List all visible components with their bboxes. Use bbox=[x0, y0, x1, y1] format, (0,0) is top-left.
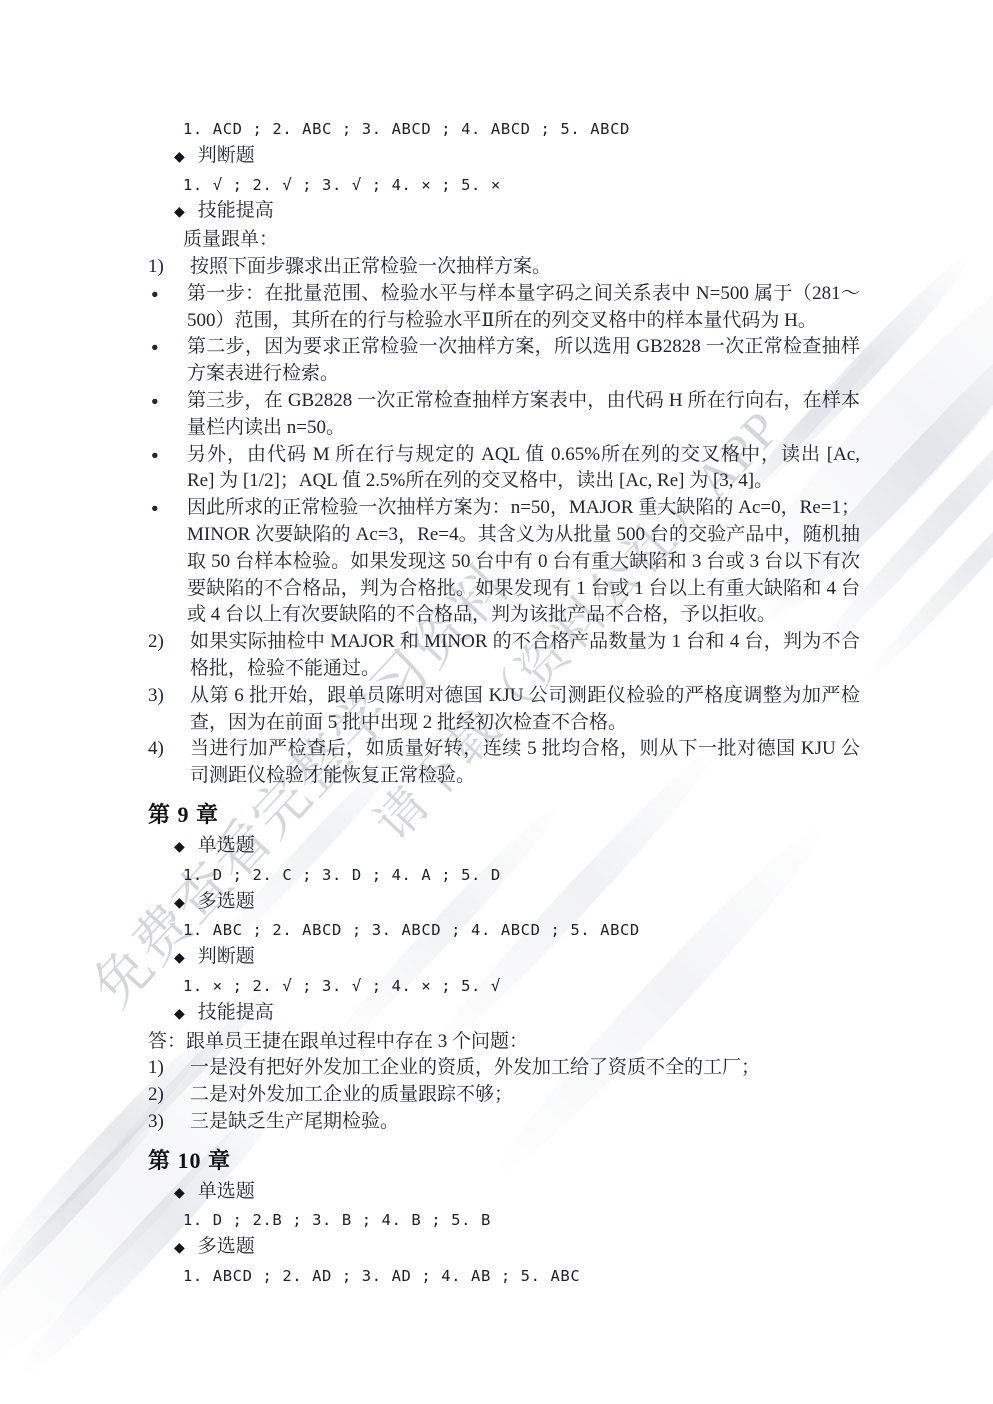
item-number: 3) bbox=[148, 1109, 190, 1136]
answer-line: 1. D ; 2.B ; 3. B ; 4. B ; 5. B bbox=[183, 1207, 860, 1234]
question-type-row: ◆多选题 bbox=[174, 1234, 860, 1263]
answer-line: 1. ACD ; 2. ABC ; 3. ABCD ; 4. ABCD ; 5.… bbox=[183, 116, 860, 143]
item-text: 当进行加严检查后，如质量好转，连续 5 批均合格，则从下一批对德国 KJU 公司… bbox=[190, 736, 860, 790]
item-number: 2) bbox=[148, 629, 190, 683]
item-number: 3) bbox=[148, 683, 190, 737]
item-number: 1) bbox=[148, 1055, 190, 1082]
question-type-row: ◆技能提高 bbox=[174, 198, 860, 227]
numbered-item: 答：跟单员王捷在跟单过程中存在 3 个问题： bbox=[148, 1029, 860, 1056]
numbered-item: 3)从第 6 批开始，跟单员陈明对德国 KJU 公司测距仪检验的严格度调整为加严… bbox=[148, 683, 860, 737]
item-text: 第一步：在批量范围、检验水平与样本量字码之间关系表中 N=500 属于（281～… bbox=[187, 281, 860, 335]
question-type-label: 多选题 bbox=[198, 891, 255, 912]
item-text: 因此所求的正常检验一次抽样方案为：n=50，MAJOR 重大缺陷的 Ac=0，R… bbox=[187, 495, 860, 629]
bullet-icon: ● bbox=[148, 442, 187, 496]
chapter9: 第 9 章◆单选题1. D ; 2. C ; 3. D ; 4. A ; 5. … bbox=[148, 800, 860, 1136]
diamond-icon: ◆ bbox=[174, 205, 185, 220]
question-type-label: 判断题 bbox=[198, 946, 255, 967]
chapter-heading: 第 10 章 bbox=[148, 1146, 860, 1176]
answer-line: 1. ABCD ; 2. AD ; 3. AD ; 4. AB ; 5. ABC bbox=[183, 1263, 860, 1290]
question-type-label: 单选题 bbox=[198, 835, 255, 856]
question-type-row: ◆单选题 bbox=[174, 1179, 860, 1208]
bullet-item: ●第三步，在 GB2828 一次正常检查抽样方案表中，由代码 H 所在行向右，在… bbox=[148, 388, 860, 442]
question-type-label: 判断题 bbox=[198, 145, 255, 166]
answer-line: 1. ABC ; 2. ABCD ; 3. ABCD ; 4. ABCD ; 5… bbox=[183, 917, 860, 944]
numbered-item: 4)当进行加严检查后，如质量好转，连续 5 批均合格，则从下一批对德国 KJU … bbox=[148, 736, 860, 790]
diamond-icon: ◆ bbox=[174, 1186, 185, 1201]
item-number: 2) bbox=[148, 1082, 190, 1109]
question-type-row: ◆判断题 bbox=[174, 944, 860, 973]
question-type-label: 多选题 bbox=[198, 1236, 255, 1257]
numbered-item: 1)一是没有把好外发加工企业的资质，外发加工给了资质不全的工厂； bbox=[148, 1055, 860, 1082]
paragraph-text: 质量跟单： bbox=[183, 227, 860, 254]
bullet-item: ●另外，由代码 M 所在行与规定的 AQL 值 0.65%所在列的交叉格中，读出… bbox=[148, 442, 860, 496]
numbered-item: 2)如果实际抽检中 MAJOR 和 MINOR 的不合格产品数量为 1 台和 4… bbox=[148, 629, 860, 683]
item-number: 答： bbox=[148, 1029, 186, 1056]
diamond-icon: ◆ bbox=[174, 150, 185, 165]
chapter8-tail: 1. ACD ; 2. ABC ; 3. ABCD ; 4. ABCD ; 5.… bbox=[148, 116, 860, 790]
bullet-icon: ● bbox=[148, 495, 187, 629]
item-text: 从第 6 批开始，跟单员陈明对德国 KJU 公司测距仪检验的严格度调整为加严检查… bbox=[190, 683, 860, 737]
question-type-label: 技能提高 bbox=[198, 1002, 274, 1023]
question-type-label: 技能提高 bbox=[198, 200, 274, 221]
chapter10: 第 10 章◆单选题1. D ; 2.B ; 3. B ; 4. B ; 5. … bbox=[148, 1146, 860, 1290]
question-type-row: ◆技能提高 bbox=[174, 1000, 860, 1029]
diamond-icon: ◆ bbox=[174, 896, 185, 911]
brush-stroke bbox=[860, 454, 993, 686]
numbered-item: 2)二是对外发加工企业的质量跟踪不够； bbox=[148, 1082, 860, 1109]
item-number: 4) bbox=[148, 736, 190, 790]
item-text: 如果实际抽检中 MAJOR 和 MINOR 的不合格产品数量为 1 台和 4 台… bbox=[190, 629, 860, 683]
question-type-label: 单选题 bbox=[198, 1181, 255, 1202]
diamond-icon: ◆ bbox=[174, 1241, 185, 1256]
item-text: 一是没有把好外发加工企业的资质，外发加工给了资质不全的工厂； bbox=[190, 1055, 860, 1082]
numbered-item: 1)按照下面步骤求出正常检验一次抽样方案。 bbox=[148, 254, 860, 281]
page-content: 1. ACD ; 2. ABC ; 3. ABCD ; 4. ABCD ; 5.… bbox=[148, 116, 860, 1290]
chapter-heading: 第 9 章 bbox=[148, 800, 860, 830]
question-type-row: ◆多选题 bbox=[174, 889, 860, 918]
diamond-icon: ◆ bbox=[174, 1007, 185, 1022]
bullet-icon: ● bbox=[148, 281, 187, 335]
answer-line: 1. √ ; 2. √ ; 3. √ ; 4. × ; 5. × bbox=[183, 172, 860, 199]
question-type-row: ◆判断题 bbox=[174, 143, 860, 172]
question-type-row: ◆单选题 bbox=[174, 833, 860, 862]
bullet-item: ●第一步：在批量范围、检验水平与样本量字码之间关系表中 N=500 属于（281… bbox=[148, 281, 860, 335]
answer-line: 1. × ; 2. √ ; 3. √ ; 4. × ; 5. √ bbox=[183, 973, 860, 1000]
item-text: 跟单员王捷在跟单过程中存在 3 个问题： bbox=[186, 1029, 860, 1056]
bullet-item: ●因此所求的正常检验一次抽样方案为：n=50，MAJOR 重大缺陷的 Ac=0，… bbox=[148, 495, 860, 629]
item-text: 三是缺乏生产尾期检验。 bbox=[190, 1109, 860, 1136]
item-text: 二是对外发加工企业的质量跟踪不够； bbox=[190, 1082, 860, 1109]
item-text: 按照下面步骤求出正常检验一次抽样方案。 bbox=[190, 254, 860, 281]
diamond-icon: ◆ bbox=[174, 840, 185, 855]
item-number: 1) bbox=[148, 254, 190, 281]
item-text: 另外，由代码 M 所在行与规定的 AQL 值 0.65%所在列的交叉格中，读出 … bbox=[187, 442, 860, 496]
bullet-icon: ● bbox=[148, 334, 187, 388]
answer-line: 1. D ; 2. C ; 3. D ; 4. A ; 5. D bbox=[183, 862, 860, 889]
numbered-item: 3)三是缺乏生产尾期检验。 bbox=[148, 1109, 860, 1136]
diamond-icon: ◆ bbox=[174, 951, 185, 966]
item-text: 第三步，在 GB2828 一次正常检查抽样方案表中，由代码 H 所在行向右，在样… bbox=[187, 388, 860, 442]
bullet-item: ●第二步，因为要求正常检验一次抽样方案，所以选用 GB2828 一次正常检查抽样… bbox=[148, 334, 860, 388]
document-page: 免费查看完整学习资料 请下载（资料公社）APP 1. ACD ; 2. ABC … bbox=[0, 0, 993, 1404]
bullet-icon: ● bbox=[148, 388, 187, 442]
item-text: 第二步，因为要求正常检验一次抽样方案，所以选用 GB2828 一次正常检查抽样方… bbox=[187, 334, 860, 388]
